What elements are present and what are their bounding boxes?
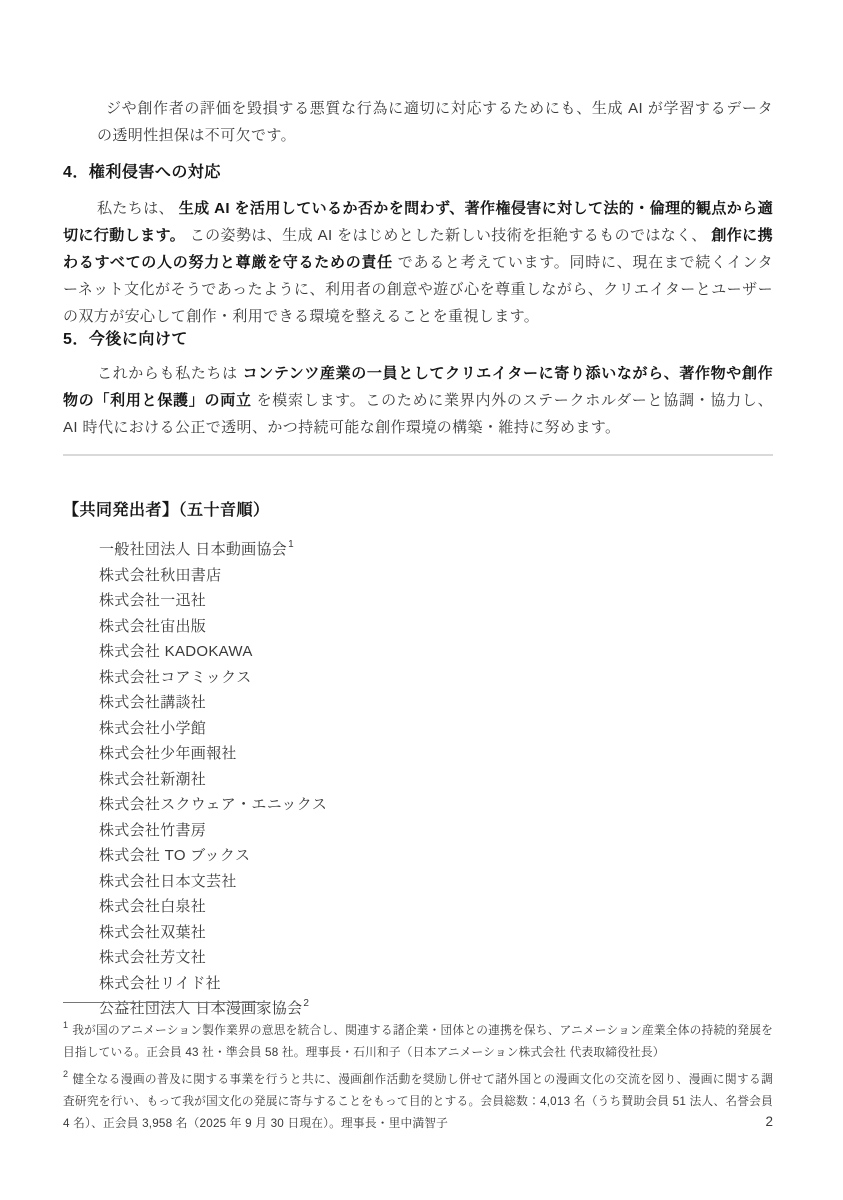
footnote-item: 1我が国のアニメーション製作業界の意思を統合し、関連する諸企業・団体との連携を保… xyxy=(63,1015,773,1064)
paragraph-run: これからも私たちは xyxy=(97,365,238,382)
issuer-name: 一般社団法人 日本動画協会 xyxy=(99,541,287,558)
issuer-name: 株式会社コアミックス xyxy=(99,669,252,686)
issuer-item: 株式会社秋田書店 xyxy=(99,561,773,587)
continuation-paragraph: ジや創作者の評価を毀損する悪質な行為に適切に対応するためにも、生成 AI が学習… xyxy=(97,95,773,149)
issuer-name: 株式会社 TO ブックス xyxy=(99,847,250,864)
issuer-name: 株式会社竹書房 xyxy=(99,822,206,839)
section-divider xyxy=(63,454,773,456)
section-heading: 5．今後に向けて xyxy=(63,329,773,351)
issuer-name: 株式会社双葉社 xyxy=(99,924,206,941)
footnotes-list: 1我が国のアニメーション製作業界の意思を統合し、関連する諸企業・団体との連携を保… xyxy=(63,1015,773,1135)
issuer-name: 株式会社芳文社 xyxy=(99,949,206,966)
section-rights-infringement: 4．権利侵害への対応 私たちは、 生成 AI を活用しているか否かを問わず、著作… xyxy=(63,162,773,330)
footnote-text: 健全なる漫画の普及に関する事業を行うと共に、漫画創作活動を奨励し併せて諸外国との… xyxy=(63,1073,773,1130)
issuer-item: 株式会社少年画報社 xyxy=(99,739,773,765)
issuer-name: 株式会社一迅社 xyxy=(99,592,206,609)
issuer-item: 株式会社日本文芸社 xyxy=(99,867,773,893)
footnote-item: 2健全なる漫画の普及に関する事業を行うと共に、漫画創作活動を奨励し併せて諸外国と… xyxy=(63,1064,773,1135)
issuer-name: 株式会社新潮社 xyxy=(99,771,206,788)
issuer-name: 株式会社講談社 xyxy=(99,694,206,711)
paragraph-run: この姿勢は、生成 AI をはじめとした新しい技術を拒絶するものではなく、 xyxy=(190,227,707,244)
issuers-heading: 【共同発出者】（五十音順） xyxy=(63,500,773,522)
footnote-marker: 2 xyxy=(63,1069,68,1079)
issuer-name: 株式会社リイド社 xyxy=(99,975,221,992)
issuer-item: 株式会社コアミックス xyxy=(99,663,773,689)
issuer-item: 株式会社一迅社 xyxy=(99,586,773,612)
page-number: 2 xyxy=(765,1114,773,1129)
footnotes-rule xyxy=(63,1002,268,1003)
issuer-item: 株式会社宙出版 xyxy=(99,612,773,638)
footnote-marker: 1 xyxy=(63,1020,68,1030)
issuer-name: 株式会社小学館 xyxy=(99,720,206,737)
issuer-item: 株式会社講談社 xyxy=(99,688,773,714)
section-heading: 4．権利侵害への対応 xyxy=(63,162,773,184)
issuer-name: 株式会社 KADOKAWA xyxy=(99,643,253,660)
body-paragraph: これからも私たちは コンテンツ産業の一員としてクリエイターに寄り添いながら、著作… xyxy=(63,360,773,441)
continuation-line-1: ジや創作者の評価を毀損する悪質な行為に適切に対応するためにも、生成 AI が学習… xyxy=(97,95,773,122)
issuers-list: 一般社団法人 日本動画協会1 株式会社秋田書店 株式会社一迅社 株式会社宙出版 … xyxy=(99,535,773,1020)
issuer-name: 株式会社少年画報社 xyxy=(99,745,237,762)
footnote-text: 我が国のアニメーション製作業界の意思を統合し、関連する諸企業・団体との連携を保ち… xyxy=(63,1024,773,1059)
issuer-name: 株式会社日本文芸社 xyxy=(99,873,237,890)
issuer-name: 株式会社スクウェア・エニックス xyxy=(99,796,327,813)
continuation-line-2: の透明性担保は不可欠です。 xyxy=(97,122,773,149)
issuer-item: 株式会社竹書房 xyxy=(99,816,773,842)
issuer-item: 株式会社小学館 xyxy=(99,714,773,740)
issuer-item: 株式会社リイド社 xyxy=(99,969,773,995)
footnote-reference-marker: 1 xyxy=(288,539,294,550)
issuer-item: 株式会社新潮社 xyxy=(99,765,773,791)
issuer-item: 一般社団法人 日本動画協会1 xyxy=(99,535,773,561)
issuer-name: 株式会社白泉社 xyxy=(99,898,206,915)
issuer-item: 株式会社スクウェア・エニックス xyxy=(99,790,773,816)
section-future: 5．今後に向けて これからも私たちは コンテンツ産業の一員としてクリエイターに寄… xyxy=(63,329,773,441)
issuer-name: 株式会社秋田書店 xyxy=(99,567,221,584)
issuer-name: 株式会社宙出版 xyxy=(99,618,206,635)
issuer-item: 株式会社 KADOKAWA xyxy=(99,637,773,663)
paragraph-run: 私たちは、 xyxy=(97,200,174,217)
footnotes-block: 1我が国のアニメーション製作業界の意思を統合し、関連する諸企業・団体との連携を保… xyxy=(63,1002,773,1135)
document-page: ジや創作者の評価を毀損する悪質な行為に適切に対応するためにも、生成 AI が学習… xyxy=(0,0,843,1200)
issuer-item: 株式会社芳文社 xyxy=(99,943,773,969)
issuer-item: 株式会社双葉社 xyxy=(99,918,773,944)
issuer-item: 株式会社白泉社 xyxy=(99,892,773,918)
issuer-item: 株式会社 TO ブックス xyxy=(99,841,773,867)
body-paragraph: 私たちは、 生成 AI を活用しているか否かを問わず、著作権侵害に対して法的・倫… xyxy=(63,195,773,330)
